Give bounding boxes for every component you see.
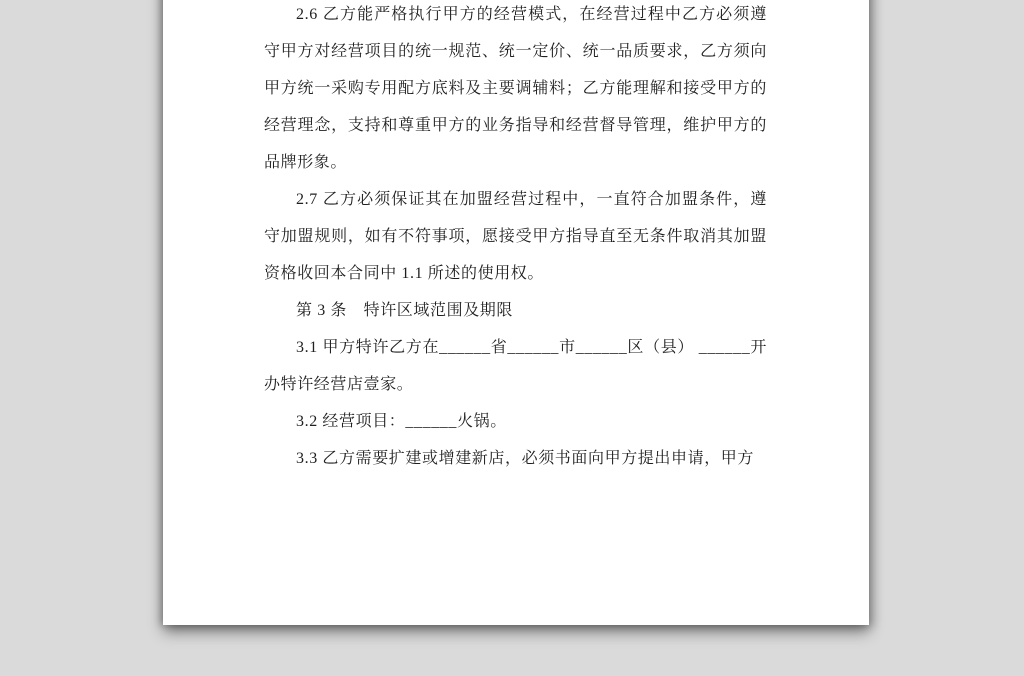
paragraph-clause-3-1: 3.1 甲方特许乙方在______省______市______区（县） ____…: [264, 329, 767, 403]
paragraph-clause-2-7: 2.7 乙方必须保证其在加盟经营过程中，一直符合加盟条件，遵守加盟规则，如有不符…: [264, 181, 767, 292]
page-body: 2.6 乙方能严格执行甲方的经营模式，在经营过程中乙方必须遵守甲方对经营项目的统…: [264, 0, 767, 477]
paragraph-clause-3-3: 3.3 乙方需要扩建或增建新店，必须书面向甲方提出申请，甲方: [264, 440, 767, 477]
paragraph-clause-3-2: 3.2 经营项目：______火锅。: [264, 403, 767, 440]
paragraph-clause-2-6: 2.6 乙方能严格执行甲方的经营模式，在经营过程中乙方必须遵守甲方对经营项目的统…: [264, 0, 767, 181]
contract-page: 2.6 乙方能严格执行甲方的经营模式，在经营过程中乙方必须遵守甲方对经营项目的统…: [163, 0, 869, 625]
article-3-heading: 第 3 条 特许区域范围及期限: [264, 292, 767, 329]
document-preview: 2.6 乙方能严格执行甲方的经营模式，在经营过程中乙方必须遵守甲方对经营项目的统…: [0, 0, 1024, 676]
